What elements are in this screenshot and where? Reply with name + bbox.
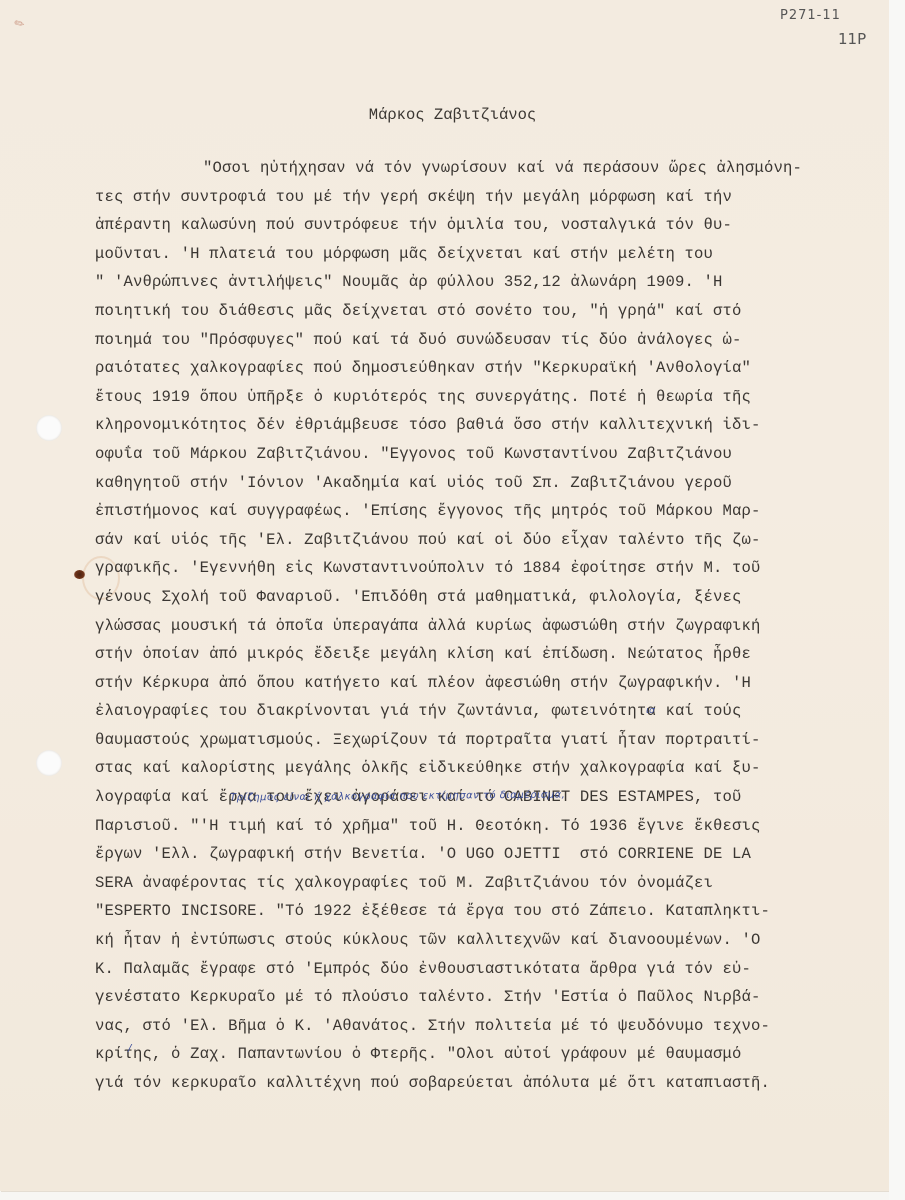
text-line: κρίτης, ὁ Ζαχ. Παπαντωνίου ὁ Φτερῆς. "Ολ… — [95, 1040, 875, 1069]
scan-background-edge — [889, 0, 905, 1200]
text-line: Κ. Παλαμᾶς ἔγραφε στό 'Εμπρός δύο ἐνθουσ… — [95, 955, 875, 984]
text-line: στήν ὁποίαν ἀπό μικρός ἔδειξε μεγάλη κλί… — [95, 640, 875, 669]
punch-hole-bottom — [36, 750, 62, 776]
text-line: τες στήν συντροφιά του μέ τήν γερή σκέψη… — [95, 183, 875, 212]
document-title: Μάρκος Ζαβιτζιάνος — [0, 106, 905, 124]
text-line: " 'Ανθρώπινες ἀντιλήψεις" Νουμᾶς ἀρ φύλλ… — [95, 268, 875, 297]
text-line: στήν Κέρκυρα ἀπό ὅπου κατήγετο καί πλέον… — [95, 669, 875, 698]
text-line: θαυμαστούς χρωματισμούς. Ξεχωρίζουν τά π… — [95, 726, 875, 755]
text-line: ἐπιστήμονος καί συγγραφέως. 'Επίσης ἔγγο… — [95, 497, 875, 526]
text-line: νας, στό 'Ελ. Βῆμα ὁ Κ. 'Αθανάτος. Στήν … — [95, 1012, 875, 1041]
text-line: SERA ἀναφέροντας τίς χαλκογραφίες τοῦ Μ.… — [95, 869, 875, 898]
text-line: Παρισιοῦ. "'Η τιμή καί τό χρῆμα" τοῦ Η. … — [95, 812, 875, 841]
text-line: μοῦνται. 'Η πλατειά του μόρφωση μᾶς δείχ… — [95, 240, 875, 269]
text-line: ἔργων 'Ελλ. ζωγραφική στήν Βενετία. 'Ο U… — [95, 840, 875, 869]
text-line: κληρονομικότητος δέν ἐθριάμβευσε τόσο βα… — [95, 411, 875, 440]
text-line: γιά τόν κερκυραῖο καλλιτέχνη πού σοβαρεύ… — [95, 1069, 875, 1098]
text-line: ποιημά του "Πρόσφυγες" πού καί τά δυό συ… — [95, 326, 875, 355]
text-line: ἔτους 1919 ὅπου ὑπῆρξε ὁ κυριότερός της … — [95, 383, 875, 412]
page-number: 11Ρ — [838, 30, 866, 48]
text-line: ἀπέραντη καλωσύνη πού συντρόφευε τήν ὁμι… — [95, 211, 875, 240]
text-line: ραιότατες χαλκογραφίες πού δημοσιεύθηκαν… — [95, 354, 875, 383]
handwritten-accent-mark: / — [128, 1043, 131, 1054]
archive-code: Ρ271-11 — [780, 8, 841, 23]
ink-stain — [74, 570, 85, 579]
punch-hole-top — [36, 415, 62, 441]
text-line: ἐλαιογραφίες του διακρίνονται γιά τήν ζω… — [95, 697, 875, 726]
text-line: γένους Σχολή τοῦ Φαναριοῦ. 'Επιδόθη στά … — [95, 583, 875, 612]
text-line: στας καί καλορίστης μεγάλης ὁλκῆς εἰδικε… — [95, 754, 875, 783]
text-line: ποιητική του διάθεσις μᾶς δείχνεται στό … — [95, 297, 875, 326]
text-line: οφυΐα τοῦ Μάρκου Ζαβιτζιάνου. "Εγγονος τ… — [95, 440, 875, 469]
text-line: γλώσσας μουσική τά ὁποῖα ὑπεραγάπα ἀλλά … — [95, 612, 875, 641]
text-line: "Οσοι ηὐτήχησαν νά τόν γνωρίσουν καί νά … — [95, 154, 875, 183]
text-line: σάν καί υἱός τῆς 'Ελ. Ζαβιτζιάνου πού κα… — [95, 526, 875, 555]
text-line: καθηγητοῦ στήν 'Ιόνιον 'Ακαδημία καί υἱό… — [95, 469, 875, 498]
text-line: γενέστατο Κερκυραῖο μέ τό πλούσιο ταλέντ… — [95, 983, 875, 1012]
text-line: γραφικῆς. 'Εγεννήθη εἰς Κωνσταντινούπολι… — [95, 554, 875, 583]
text-line: "ESPERTO INCISORE. "Τό 1922 ἐξέθεσε τά ἔ… — [95, 897, 875, 926]
handwritten-superscript-note: ισ — [646, 706, 655, 716]
document-body: "Οσοι ηὐτήχησαν νά τόν γνωρίσουν καί νά … — [95, 154, 875, 1098]
text-line: κή ἦταν ἡ ἐντύπωσις στούς κύκλους τῶν κα… — [95, 926, 875, 955]
